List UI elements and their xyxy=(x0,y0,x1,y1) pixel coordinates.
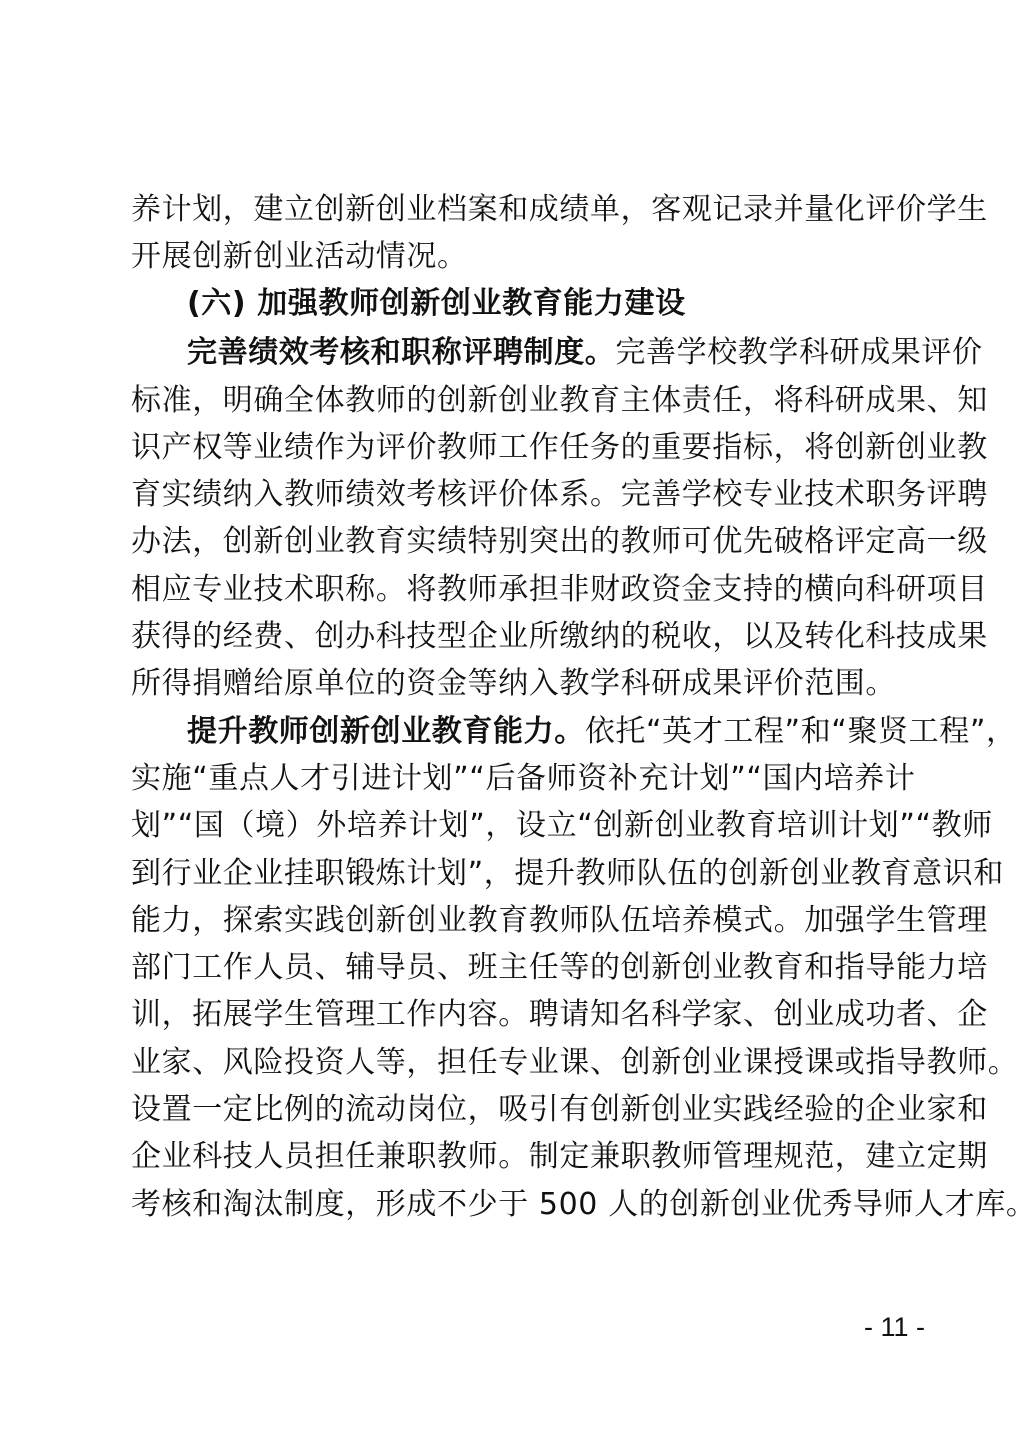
paragraph-line: 完善绩效考核和职称评聘制度。完善学校教学科研成果评价 xyxy=(187,333,894,373)
paragraph-line: 考核和淘汰制度，形成不少于 500 人的创新创业优秀导师人才库。 xyxy=(131,1185,894,1225)
page-number: - 11 - xyxy=(864,1310,925,1344)
document-page: 养计划，建立创新创业档案和成绩单，客观记录并量化评价学生 开展创新创业活动情况。… xyxy=(0,0,1024,1447)
paragraph-line: 部门工作人员、辅导员、班主任等的创新创业教育和指导能力培 xyxy=(131,948,894,988)
paragraph-line: 能力，探索实践创新创业教育教师队伍培养模式。加强学生管理 xyxy=(131,901,894,941)
paragraph-line: 训，拓展学生管理工作内容。聘请知名科学家、创业成功者、企 xyxy=(131,995,894,1035)
paragraph-lead-title: 提升教师创新创业教育能力。 xyxy=(187,714,585,749)
paragraph-line: 识产权等业绩作为评价教师工作任务的重要指标，将创新创业教 xyxy=(131,428,894,468)
paragraph-line: 标准，明确全体教师的创新创业教育主体责任，将科研成果、知 xyxy=(131,381,894,421)
section-heading: (六) 加强教师创新创业教育能力建设 xyxy=(187,284,894,324)
paragraph-line: 到行业企业挂职锻炼计划”，提升教师队伍的创新创业教育意识和 xyxy=(131,854,894,894)
paragraph-line: 办法，创新创业教育实绩特别突出的教师可优先破格评定高一级 xyxy=(131,522,894,562)
paragraph-line: 所得捐赠给原单位的资金等纳入教学科研成果评价范围。 xyxy=(131,664,894,704)
paragraph-line: 开展创新创业活动情况。 xyxy=(131,237,894,277)
paragraph-line: 提升教师创新创业教育能力。依托“英才工程”和“聚贤工程”， xyxy=(187,712,894,752)
paragraph-line: 获得的经费、创办科技型企业所缴纳的税收，以及转化科技成果 xyxy=(131,617,894,657)
paragraph-line: 养计划，建立创新创业档案和成绩单，客观记录并量化评价学生 xyxy=(131,190,894,230)
paragraph-text: 依托“英才工程”和“聚贤工程”， xyxy=(585,714,1017,749)
paragraph-line: 企业科技人员担任兼职教师。制定兼职教师管理规范，建立定期 xyxy=(131,1137,894,1177)
paragraph-line: 业家、风险投资人等，担任专业课、创新创业课授课或指导教师。 xyxy=(131,1043,894,1083)
paragraph-text: 完善学校教学科研成果评价 xyxy=(615,335,982,370)
paragraph-line: 设置一定比例的流动岗位，吸引有创新创业实践经验的企业家和 xyxy=(131,1090,894,1130)
paragraph-line: 划”“国（境）外培养计划”，设立“创新创业教育培训计划”“教师 xyxy=(131,806,894,846)
paragraph-line: 实施“重点人才引进计划”“后备师资补充计划”“国内培养计 xyxy=(131,759,894,799)
paragraph-line: 相应专业技术职称。将教师承担非财政资金支持的横向科研项目 xyxy=(131,570,894,610)
paragraph-lead-title: 完善绩效考核和职称评聘制度。 xyxy=(187,335,615,370)
paragraph-line: 育实绩纳入教师绩效考核评价体系。完善学校专业技术职务评聘 xyxy=(131,475,894,515)
